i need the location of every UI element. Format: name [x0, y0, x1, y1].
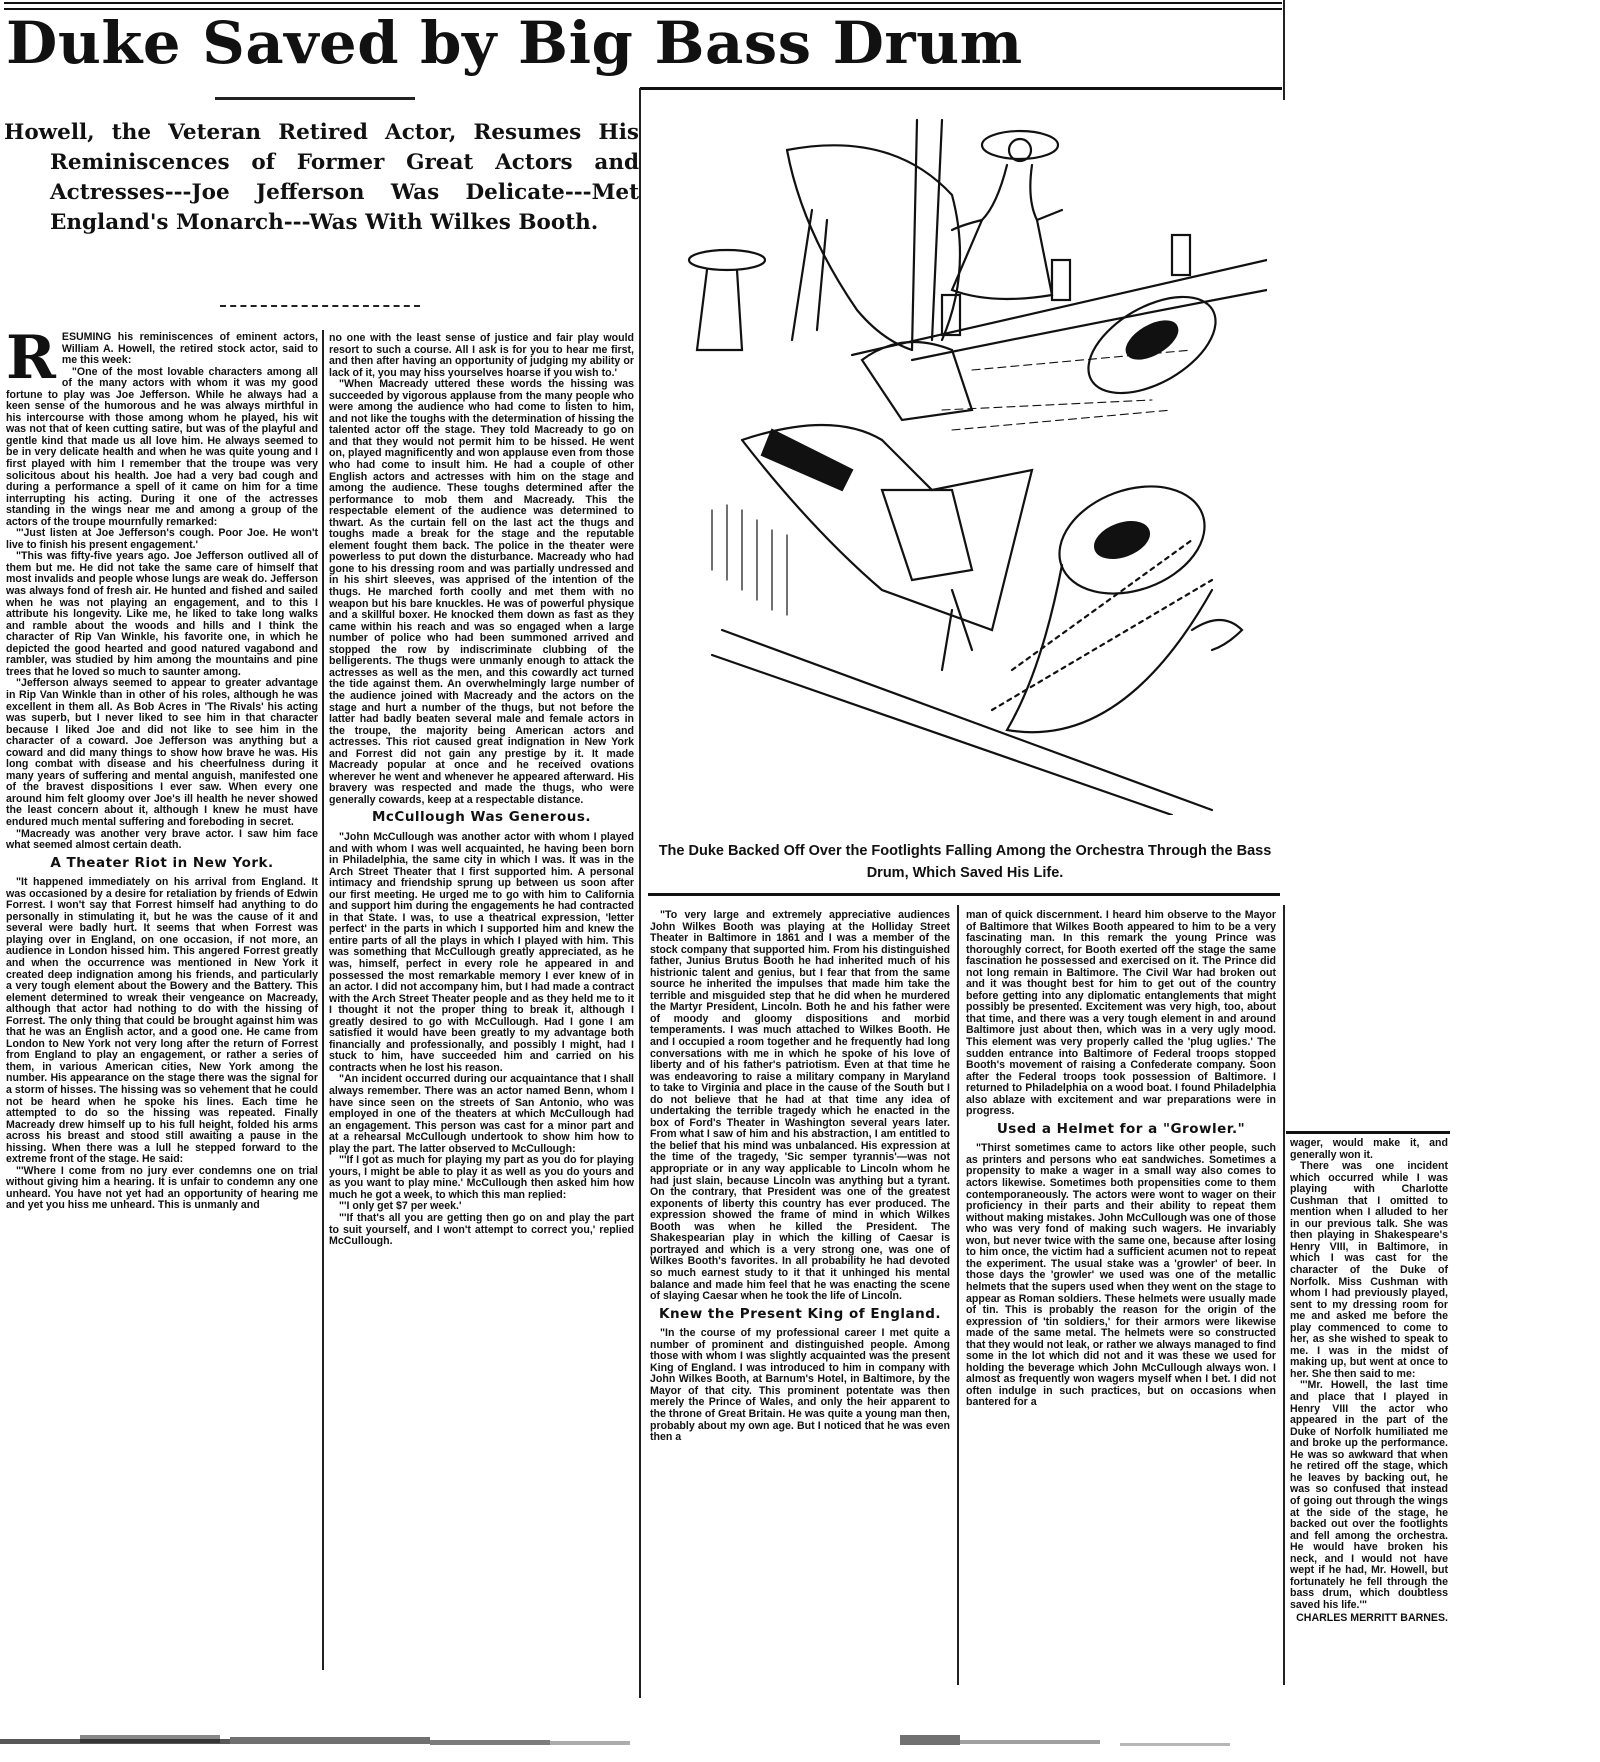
- paragraph: "'Where I come from no jury ever condemn…: [6, 1166, 318, 1212]
- subhead-king-of-england: Knew the Present King of England.: [650, 1309, 950, 1321]
- caption-bottom-rule: [648, 893, 1280, 896]
- paragraph: There was one incident which occurred wh…: [1290, 1161, 1448, 1380]
- subhead-helmet-growler: Used a Helmet for a "Growler.": [966, 1124, 1276, 1136]
- paragraph: "When Macready uttered these words the h…: [329, 379, 634, 806]
- column-divider-3: [957, 905, 959, 1685]
- illustration-left-border: [639, 88, 641, 1698]
- illustration-caption: The Duke Backed Off Over the Footlights …: [650, 840, 1280, 884]
- article-column-5: wager, would make it, and generally won …: [1290, 1138, 1448, 1625]
- paragraph: "This was fifty-five years ago. Joe Jeff…: [6, 551, 318, 678]
- dropcap: R: [6, 334, 56, 382]
- illustration-top-rule: [640, 87, 1282, 90]
- subhead-mccullough: McCullough Was Generous.: [329, 812, 634, 824]
- column-divider-1: [322, 330, 324, 1670]
- column5-top-rule: [1286, 1131, 1450, 1134]
- article-column-2: no one with the least sense of justice a…: [329, 333, 634, 1248]
- paragraph: "Jefferson always seemed to appear to gr…: [6, 678, 318, 828]
- paragraph: "In the course of my professional career…: [650, 1328, 950, 1443]
- deck-subheadline: Howell, the Veteran Retired Actor, Resum…: [4, 118, 639, 238]
- paragraph: man of quick discernment. I heard him ob…: [966, 910, 1276, 1118]
- paragraph: "'Mr. Howell, the last time and place th…: [1290, 1380, 1448, 1611]
- author-signature: CHARLES MERRITT BARNES.: [1290, 1613, 1448, 1625]
- paragraph: "It happened immediately on his arrival …: [6, 877, 318, 1166]
- headline: Duke Saved by Big Bass Drum: [6, 14, 1307, 72]
- deck-divider-top: [215, 97, 415, 100]
- paragraph: no one with the least sense of justice a…: [329, 333, 634, 379]
- paragraph: "John McCullough was another actor with …: [329, 832, 634, 1074]
- article-column-4: man of quick discernment. I heard him ob…: [966, 910, 1276, 1409]
- drum-illustration-icon: [652, 110, 1267, 815]
- paragraph: "Thirst sometimes came to actors like ot…: [966, 1143, 1276, 1409]
- paragraph: "One of the most lovable characters amon…: [6, 367, 318, 529]
- paragraph: "To very large and extremely appreciativ…: [650, 910, 950, 1303]
- article-column-3: "To very large and extremely appreciativ…: [650, 910, 950, 1444]
- column-divider-4: [1283, 905, 1285, 1685]
- top-rule: [4, 2, 1282, 4]
- paragraph: "'If I got as much for playing my part a…: [329, 1155, 634, 1201]
- paragraph: wager, would make it, and generally won …: [1290, 1138, 1448, 1161]
- paragraph: "An incident occurred during our acquain…: [329, 1074, 634, 1155]
- subhead-theater-riot: A Theater Riot in New York.: [6, 858, 318, 870]
- scan-noise-decoration: [0, 1725, 1290, 1755]
- paragraph: "'If that's all you are getting then go …: [329, 1213, 634, 1248]
- paragraph: "'Just listen at Joe Jefferson's cough. …: [6, 528, 318, 551]
- deck-divider-bottom: [220, 305, 420, 309]
- article-column-1: R ESUMING his reminiscences of eminent a…: [6, 332, 318, 1212]
- paragraph: "Macready was another very brave actor. …: [6, 829, 318, 852]
